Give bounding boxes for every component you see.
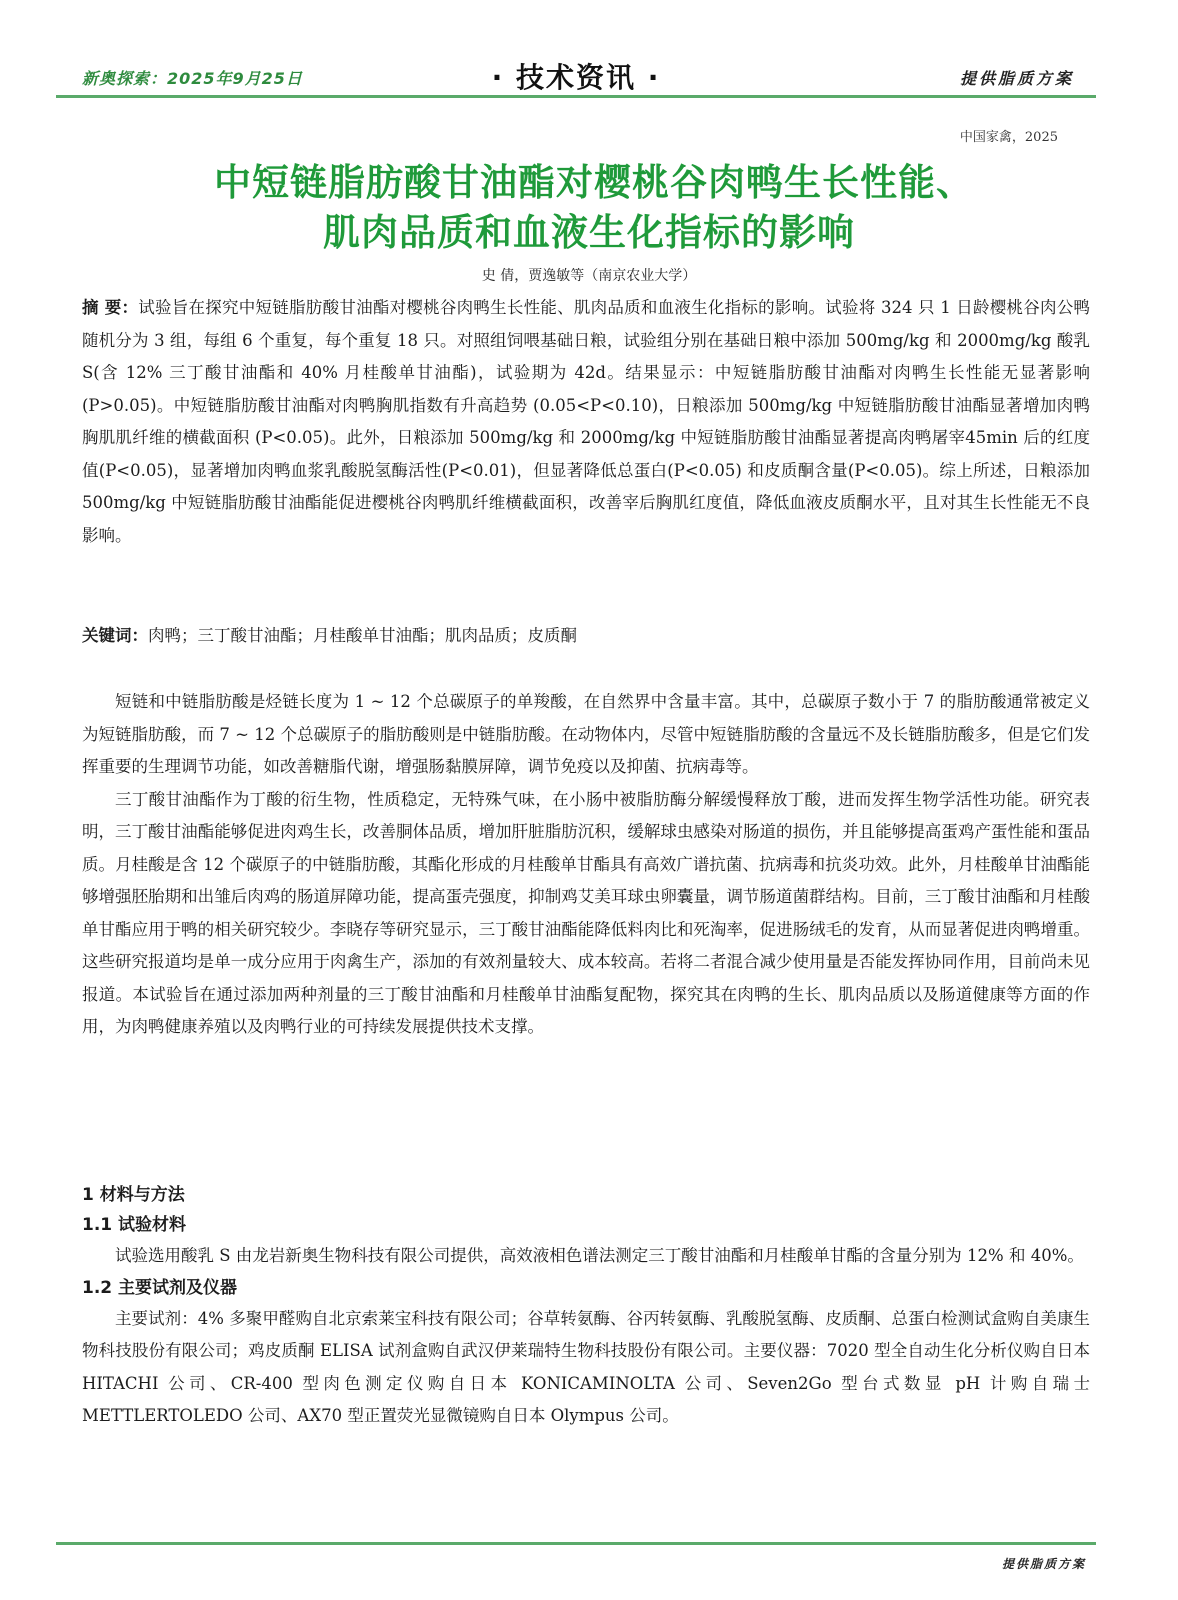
keywords-label: 关键词： [82,626,148,645]
abstract: 摘 要：试验旨在探究中短链脂肪酸甘油酯对樱桃谷肉鸭生长性能、肌肉品质和血液生化指… [82,292,1090,552]
title-line-1: 中短链脂肪酸甘油酯对樱桃谷肉鸭生长性能、 [0,158,1178,208]
subsection-heading: 1.2 主要试剂及仪器 [82,1273,1090,1303]
article-title: 中短链脂肪酸甘油酯对樱桃谷肉鸭生长性能、 肌肉品质和血液生化指标的影响 [0,158,1178,258]
title-line-2: 肌肉品质和血液生化指标的影响 [0,208,1178,258]
abstract-label: 摘 要： [82,298,138,317]
section-heading: 1 材料与方法 [82,1180,1090,1210]
page-header: 新奥探索：2025年9月25日 · 技术资讯 · 提供脂质方案 [56,58,1096,94]
source-citation: 中国家禽，2025 [960,126,1058,145]
abstract-text: 试验旨在探究中短链脂肪酸甘油酯对樱桃谷肉鸭生长性能、肌肉品质和血液生化指标的影响… [82,298,1090,545]
header-slogan: 提供脂质方案 [960,66,1074,89]
subsection-text: 试验选用酸乳 S 由龙岩新奥生物科技有限公司提供，高效液相色谱法测定三丁酸甘油酯… [82,1240,1090,1273]
materials-methods: 1 材料与方法 1.1 试验材料 试验选用酸乳 S 由龙岩新奥生物科技有限公司提… [82,1180,1090,1433]
header-divider [56,95,1096,98]
intro-paragraph: 短链和中链脂肪酸是烃链长度为 1 ~ 12 个总碳原子的单羧酸，在自然界中含量丰… [82,686,1090,784]
introduction: 短链和中链脂肪酸是烃链长度为 1 ~ 12 个总碳原子的单羧酸，在自然界中含量丰… [82,686,1090,1044]
keywords-text: 肉鸭；三丁酸甘油酯；月桂酸单甘油酯；肌肉品质；皮质酮 [148,626,577,645]
footer-divider [56,1542,1096,1545]
subsection-text: 主要试剂：4% 多聚甲醛购自北京索莱宝科技有限公司；谷草转氨酶、谷丙转氨酶、乳酸… [82,1303,1090,1433]
article-authors: 史 倩，贾逸敏等（南京农业大学） [0,265,1178,285]
header-section-title: · 技术资讯 · [56,56,1096,96]
footer-slogan: 提供脂质方案 [1002,1555,1086,1572]
keywords: 关键词：肉鸭；三丁酸甘油酯；月桂酸单甘油酯；肌肉品质；皮质酮 [82,620,1090,653]
intro-paragraph: 三丁酸甘油酯作为丁酸的衍生物，性质稳定，无特殊气味，在小肠中被脂肪酶分解缓慢释放… [82,784,1090,1044]
subsection-heading: 1.1 试验材料 [82,1210,1090,1240]
